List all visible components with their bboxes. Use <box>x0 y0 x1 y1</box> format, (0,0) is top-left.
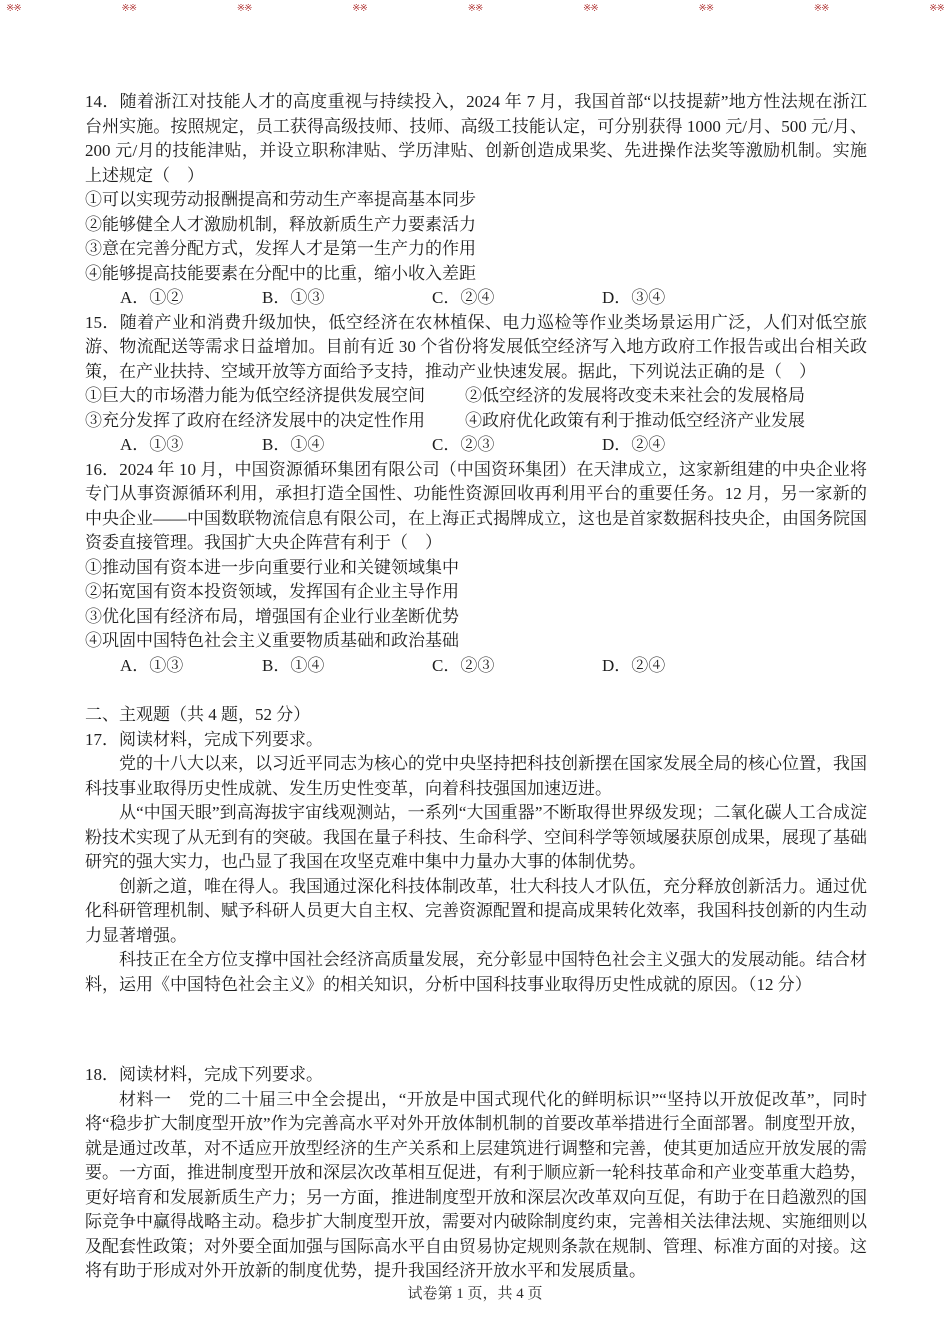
question-16-option-3: ③优化国有经济布局，增强国有企业行业垄断优势 <box>85 605 867 630</box>
question-14: 14．随着浙江对技能人才的高度重视与持续投入，2024 年 7 月，我国首部“以… <box>85 90 867 311</box>
question-18-number: 18． <box>85 1065 119 1084</box>
question-15-choice-c: C．②③ <box>432 433 602 458</box>
question-18-material-1: 材料一 党的二十届三中全会提出，“开放是中国式现代化的鲜明标识”“坚持以开放促改… <box>85 1088 867 1284</box>
question-15-number: 15． <box>85 313 120 332</box>
question-17-paragraph-1: 党的十八大以来，以习近平同志为核心的党中央坚持把科技创新摆在国家发展全局的核心位… <box>85 752 867 801</box>
question-16-stem: 16．2024 年 10 月，中国资源循环集团有限公司（中国资环集团）在天津成立… <box>85 458 867 556</box>
question-15-stem-text: 随着产业和消费升级加快，低空经济在农林植保、电力巡检等作业类场景运用广泛，人们对… <box>85 313 867 381</box>
question-16-option-1: ①推动国有资本进一步向重要行业和关键领域集中 <box>85 556 867 581</box>
question-15-options: ①巨大的市场潜力能为低空经济提供发展空间 ②低空经济的发展将改变未来社会的发展格… <box>85 384 867 433</box>
red-watermark-icon: ※※ <box>121 3 136 15</box>
exam-paper-page: ※※ ※※ ※※ ※※ ※※ ※※ ※※ ※※ ※※ 14．随着浙江对技能人才的… <box>0 0 950 1344</box>
question-16-option-2: ②拓宽国有资本投资领域，发挥国有企业主导作用 <box>85 580 867 605</box>
exam-content: 14．随着浙江对技能人才的高度重视与持续投入，2024 年 7 月，我国首部“以… <box>85 90 867 1284</box>
red-watermark-icon: ※※ <box>6 3 21 15</box>
question-15-option-3: ③充分发挥了政府在经济发展中的决定性作用 <box>85 409 465 434</box>
page-footer: 试卷第 1 页，共 4 页 <box>0 1282 950 1307</box>
section-2-header: 二、主观题（共 4 题，52 分） <box>85 703 867 728</box>
question-14-choice-c: C．②④ <box>432 286 602 311</box>
question-14-choices: A．①② B．①③ C．②④ D．③④ <box>85 286 867 311</box>
question-14-option-3: ③意在完善分配方式，发挥人才是第一生产力的作用 <box>85 237 867 262</box>
question-15-choice-d: D．②④ <box>602 433 665 458</box>
red-watermark-icon: ※※ <box>698 3 713 15</box>
question-14-stem-text: 随着浙江对技能人才的高度重视与持续投入，2024 年 7 月，我国首部“以技提薪… <box>85 92 867 185</box>
question-15-stem: 15．随着产业和消费升级加快，低空经济在农林植保、电力巡检等作业类场景运用广泛，… <box>85 311 867 385</box>
question-17-intro: 17．阅读材料，完成下列要求。 <box>85 728 867 753</box>
question-17-number: 17． <box>85 730 119 749</box>
question-16-choice-d: D．②④ <box>602 654 665 679</box>
question-17-paragraph-2: 从“中国天眼”到高海拔宇宙线观测站，一系列“大国重器”不断取得世界级发现；二氧化… <box>85 801 867 875</box>
question-18-intro-text: 阅读材料，完成下列要求。 <box>119 1065 323 1084</box>
question-16-stem-text: 2024 年 10 月，中国资源循环集团有限公司（中国资环集团）在天津成立，这家… <box>85 460 867 553</box>
question-14-option-2: ②能够健全人才激励机制，释放新质生产力要素活力 <box>85 213 867 238</box>
question-14-choice-a: A．①② <box>120 286 262 311</box>
question-15-choices: A．①③ B．①④ C．②③ D．②④ <box>85 433 867 458</box>
red-watermark-icon: ※※ <box>929 3 944 15</box>
question-18-intro: 18．阅读材料，完成下列要求。 <box>85 1063 867 1088</box>
question-16-choice-b: B．①④ <box>262 654 432 679</box>
question-18: 18．阅读材料，完成下列要求。 材料一 党的二十届三中全会提出，“开放是中国式现… <box>85 1063 867 1284</box>
question-15-option-1: ①巨大的市场潜力能为低空经济提供发展空间 <box>85 384 465 409</box>
question-14-choice-b: B．①③ <box>262 286 432 311</box>
question-14-option-4: ④能够提高技能要素在分配中的比重，缩小收入差距 <box>85 262 867 287</box>
question-16-number: 16． <box>85 460 119 479</box>
question-15-choice-a: A．①③ <box>120 433 262 458</box>
question-16-option-4: ④巩固中国特色社会主义重要物质基础和政治基础 <box>85 629 867 654</box>
question-15-choice-b: B．①④ <box>262 433 432 458</box>
question-16-choices: A．①③ B．①④ C．②③ D．②④ <box>85 654 867 679</box>
question-15: 15．随着产业和消费升级加快，低空经济在农林植保、电力巡检等作业类场景运用广泛，… <box>85 311 867 458</box>
question-14-option-1: ①可以实现劳动报酬提高和劳动生产率提高基本同步 <box>85 188 867 213</box>
question-14-number: 14． <box>85 92 120 111</box>
question-16-choice-c: C．②③ <box>432 654 602 679</box>
red-watermark-icon: ※※ <box>237 3 252 15</box>
red-watermark-icon: ※※ <box>468 3 483 15</box>
question-17: 17．阅读材料，完成下列要求。 党的十八大以来，以习近平同志为核心的党中央坚持把… <box>85 728 867 998</box>
question-15-option-2: ②低空经济的发展将改变未来社会的发展格局 <box>465 384 867 409</box>
question-17-intro-text: 阅读材料，完成下列要求。 <box>119 730 323 749</box>
red-watermark-icon: ※※ <box>814 3 829 15</box>
red-watermark-icon: ※※ <box>352 3 367 15</box>
question-14-choice-d: D．③④ <box>602 286 665 311</box>
watermark-row: ※※ ※※ ※※ ※※ ※※ ※※ ※※ ※※ ※※ <box>0 3 950 15</box>
question-16: 16．2024 年 10 月，中国资源循环集团有限公司（中国资环集团）在天津成立… <box>85 458 867 679</box>
question-17-paragraph-4: 科技正在全方位支撑中国社会经济高质量发展，充分彰显中国特色社会主义强大的发展动能… <box>85 948 867 997</box>
red-watermark-icon: ※※ <box>583 3 598 15</box>
question-14-stem: 14．随着浙江对技能人才的高度重视与持续投入，2024 年 7 月，我国首部“以… <box>85 90 867 188</box>
question-16-choice-a: A．①③ <box>120 654 262 679</box>
page-number: 试卷第 1 页，共 4 页 <box>407 1286 542 1302</box>
question-17-paragraph-3: 创新之道，唯在得人。我国通过深化科技体制改革，壮大科技人才队伍，充分释放创新活力… <box>85 875 867 949</box>
question-15-option-4: ④政府优化政策有利于推动低空经济产业发展 <box>465 409 867 434</box>
